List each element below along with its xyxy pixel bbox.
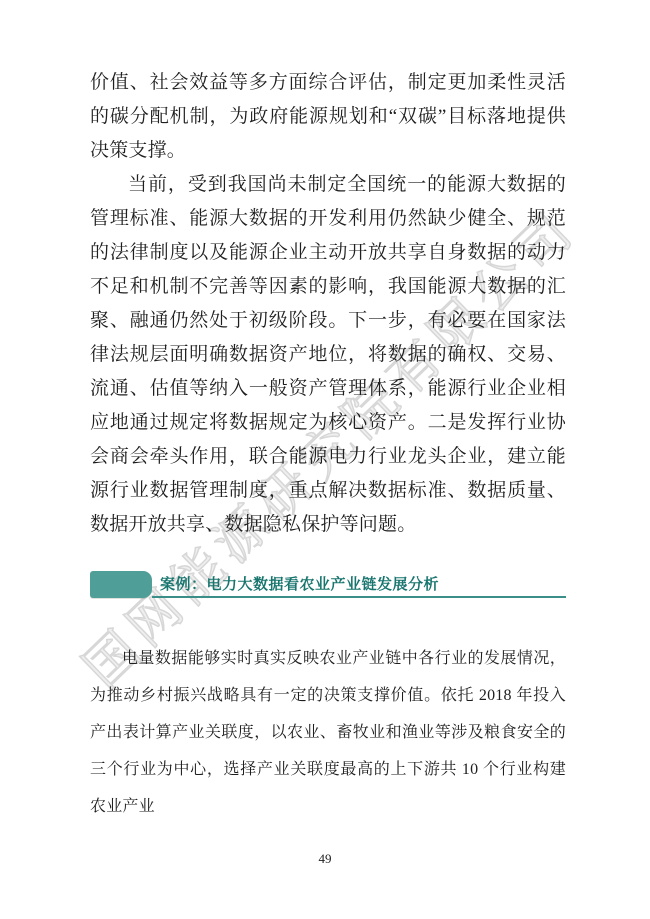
body-paragraph: 当前，受到我国尚未制定全国统一的能源大数据的管理标准、能源大数据的开发利用仍然缺… bbox=[90, 168, 566, 542]
body-paragraph-continuation: 价值、社会效益等多方面综合评估，制定更加柔性灵活的碳分配机制，为政府能源规划和“… bbox=[90, 66, 566, 168]
case-section-title: 案例：电力大数据看农业产业链发展分析 bbox=[160, 573, 439, 594]
page-number: 49 bbox=[0, 851, 650, 867]
page-content: 价值、社会效益等多方面综合评估，制定更加柔性灵活的碳分配机制，为政府能源规划和“… bbox=[90, 66, 566, 825]
case-accent-block bbox=[90, 571, 152, 598]
case-paragraph: 电量数据能够实时真实反映农业产业链中各行业的发展情况，为推动乡村振兴战略具有一定… bbox=[90, 640, 566, 825]
case-section-header: 案例：电力大数据看农业产业链发展分析 bbox=[90, 570, 566, 598]
document-page: 国网能源研究院有限公司 价值、社会效益等多方面综合评估，制定更加柔性灵活的碳分配… bbox=[0, 0, 650, 919]
case-title-underline: 案例：电力大数据看农业产业链发展分析 bbox=[152, 570, 566, 598]
